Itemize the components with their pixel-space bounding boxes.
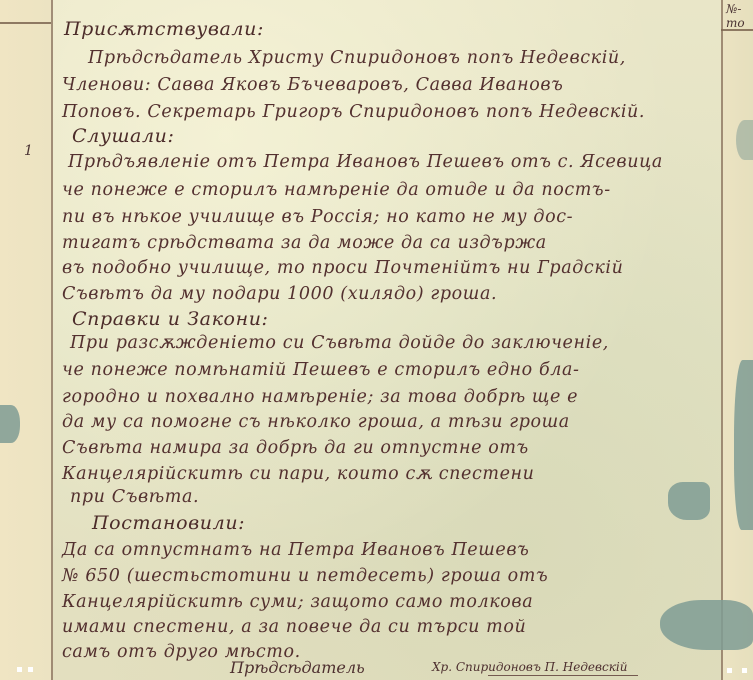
signature-name: Хр. Спиридоновъ П. Недевскiй: [432, 660, 627, 674]
present-heading: Присѫтствували:: [64, 18, 264, 40]
right-margin-column: [722, 0, 753, 680]
item-number: 1: [24, 143, 33, 159]
scan-artifact: [17, 667, 22, 672]
references-line-6: Канцелярiйскитѣ си пари, които сѫ спесте…: [62, 464, 535, 484]
resolved-line-2: № 650 (шестьстотини и петдесеть) гроша о…: [62, 566, 548, 586]
resolved-line-4: имами спестени, а за повече да си търси …: [62, 617, 526, 637]
resolved-heading: Постановили:: [92, 512, 245, 534]
left-margin-rule: [51, 0, 53, 680]
heard-heading: Слушали:: [72, 125, 175, 147]
left-header-rule: [0, 22, 51, 24]
resolved-line-3: Канцелярiйскитѣ суми; защото само толков…: [62, 592, 533, 612]
water-stain-left: [0, 405, 20, 443]
present-line-1: Прѣдсѣдатель Христу Спиридоновъ попъ Нед…: [88, 48, 626, 68]
references-line-5: Съвѣта намира за добрѣ да ги отпустне от…: [62, 438, 529, 458]
heard-line-6: Съвѣтъ да му подари 1000 (хилядо) гроша.: [62, 284, 497, 304]
water-stain-right-top: [736, 120, 753, 160]
left-margin-column: [0, 0, 51, 680]
water-stain-bottom-right: [660, 600, 753, 650]
present-line-3: Поповъ. Секретарь Григоръ Спиридоновъ по…: [62, 102, 645, 122]
heard-line-4: тигатъ срѣдствата за да може да са издър…: [62, 233, 547, 253]
water-stain-right-mid: [734, 360, 753, 530]
signature-title: Прѣдсѣдатель: [230, 658, 365, 677]
right-margin-rule: [721, 0, 723, 680]
margin-note-top-right: №-то: [726, 2, 753, 30]
heard-line-3: пи въ нѣкое училище въ Россiя; но като н…: [62, 207, 573, 227]
heard-line-5: въ подобно училище, то проси Почтенiйтъ …: [62, 258, 623, 278]
present-line-2: Членови: Савва Яковъ Бъчеваровъ, Савва И…: [62, 75, 563, 95]
references-heading: Справки и Закони:: [72, 308, 269, 330]
references-line-1: При разсѫжденiето си Съвѣта дойде до зак…: [70, 333, 609, 353]
heard-line-2: че понеже е сторилъ намѣренiе да отиде и…: [62, 180, 611, 200]
references-line-3: городно и похвално намѣренiе; за това до…: [62, 387, 578, 407]
scan-artifact: [742, 668, 747, 673]
document-page: №-то 1 Присѫтствували: Прѣдсѣдатель Хрис…: [0, 0, 753, 680]
references-line-7: при Съвѣта.: [70, 487, 199, 507]
water-stain-patch: [668, 482, 710, 520]
heard-line-1: Прѣдъявленiе отъ Петра Ивановъ Пешевъ от…: [68, 152, 663, 172]
resolved-line-1: Да са отпустнатъ на Петра Ивановъ Пешевъ: [62, 540, 529, 560]
scan-artifact: [28, 667, 33, 672]
references-line-2: че понеже помѣнатiй Пешевъ е сторилъ едн…: [62, 360, 580, 380]
references-line-4: да му са помогне съ нѣколко гроша, а тѣз…: [62, 412, 570, 432]
signature-flourish: [488, 675, 638, 676]
scan-artifact: [727, 668, 732, 673]
